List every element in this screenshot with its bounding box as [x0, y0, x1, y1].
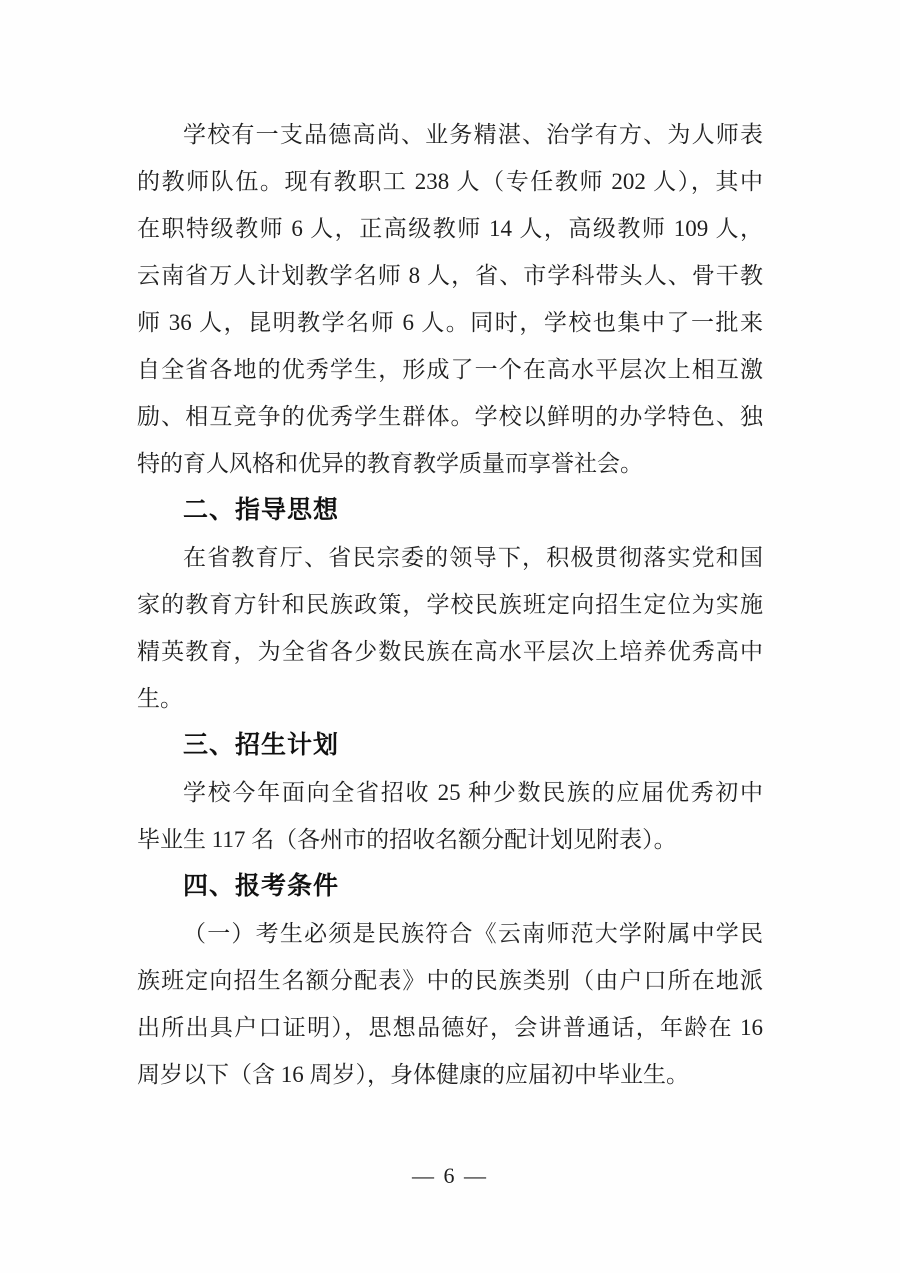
text-line: 的教师队伍。现有教职工 238 人（专任教师 202 人），其中: [137, 158, 763, 205]
section-heading-application-conditions: 四、报考条件: [137, 863, 763, 910]
text-line: 在职特级教师 6 人，正高级教师 14 人，高级教师 109 人，: [137, 205, 763, 252]
text-line: 励、相互竞争的优秀学生群体。学校以鲜明的办学特色、独: [137, 393, 763, 440]
text-line: 学校有一支品德高尚、业务精湛、治学有方、为人师表: [137, 111, 763, 158]
section-heading-enrollment-plan: 三、招生计划: [137, 722, 763, 769]
text-line: 生。: [137, 675, 763, 722]
text-line: 学校今年面向全省招收 25 种少数民族的应届优秀初中: [137, 769, 763, 816]
paragraph-school-overview: 学校有一支品德高尚、业务精湛、治学有方、为人师表 的教师队伍。现有教职工 238…: [137, 111, 763, 487]
text-line: 特的育人风格和优异的教育教学质量而享誉社会。: [137, 440, 763, 487]
text-line: 家的教育方针和民族政策，学校民族班定向招生定位为实施: [137, 581, 763, 628]
document-content: 学校有一支品德高尚、业务精湛、治学有方、为人师表 的教师队伍。现有教职工 238…: [137, 111, 763, 1098]
text-line: 在省教育厅、省民宗委的领导下，积极贯彻落实党和国: [137, 534, 763, 581]
text-line: 云南省万人计划教学名师 8 人，省、市学科带头人、骨干教: [137, 252, 763, 299]
text-line: 精英教育，为全省各少数民族在高水平层次上培养优秀高中: [137, 628, 763, 675]
paragraph-guiding-ideology: 在省教育厅、省民宗委的领导下，积极贯彻落实党和国 家的教育方针和民族政策，学校民…: [137, 534, 763, 722]
text-line: 毕业生 117 名（各州市的招收名额分配计划见附表）。: [137, 816, 763, 863]
text-line: （一）考生必须是民族符合《云南师范大学附属中学民: [137, 910, 763, 957]
text-line: 族班定向招生名额分配表》中的民族类别（由户口所在地派: [137, 957, 763, 1004]
text-line: 自全省各地的优秀学生，形成了一个在高水平层次上相互激: [137, 346, 763, 393]
paragraph-application-conditions: （一）考生必须是民族符合《云南师范大学附属中学民 族班定向招生名额分配表》中的民…: [137, 910, 763, 1098]
section-heading-guiding-ideology: 二、指导思想: [137, 487, 763, 534]
paragraph-enrollment-plan: 学校今年面向全省招收 25 种少数民族的应届优秀初中 毕业生 117 名（各州市…: [137, 769, 763, 863]
document-page: 学校有一支品德高尚、业务精湛、治学有方、为人师表 的教师队伍。现有教职工 238…: [0, 0, 900, 1273]
page-footer: — 6 —: [0, 1163, 900, 1189]
text-line: 周岁以下（含 16 周岁），身体健康的应届初中毕业生。: [137, 1051, 763, 1098]
text-line: 出所出具户口证明），思想品德好，会讲普通话，年龄在 16: [137, 1004, 763, 1051]
page-number: — 6 —: [412, 1163, 488, 1188]
text-line: 师 36 人，昆明教学名师 6 人。同时，学校也集中了一批来: [137, 299, 763, 346]
